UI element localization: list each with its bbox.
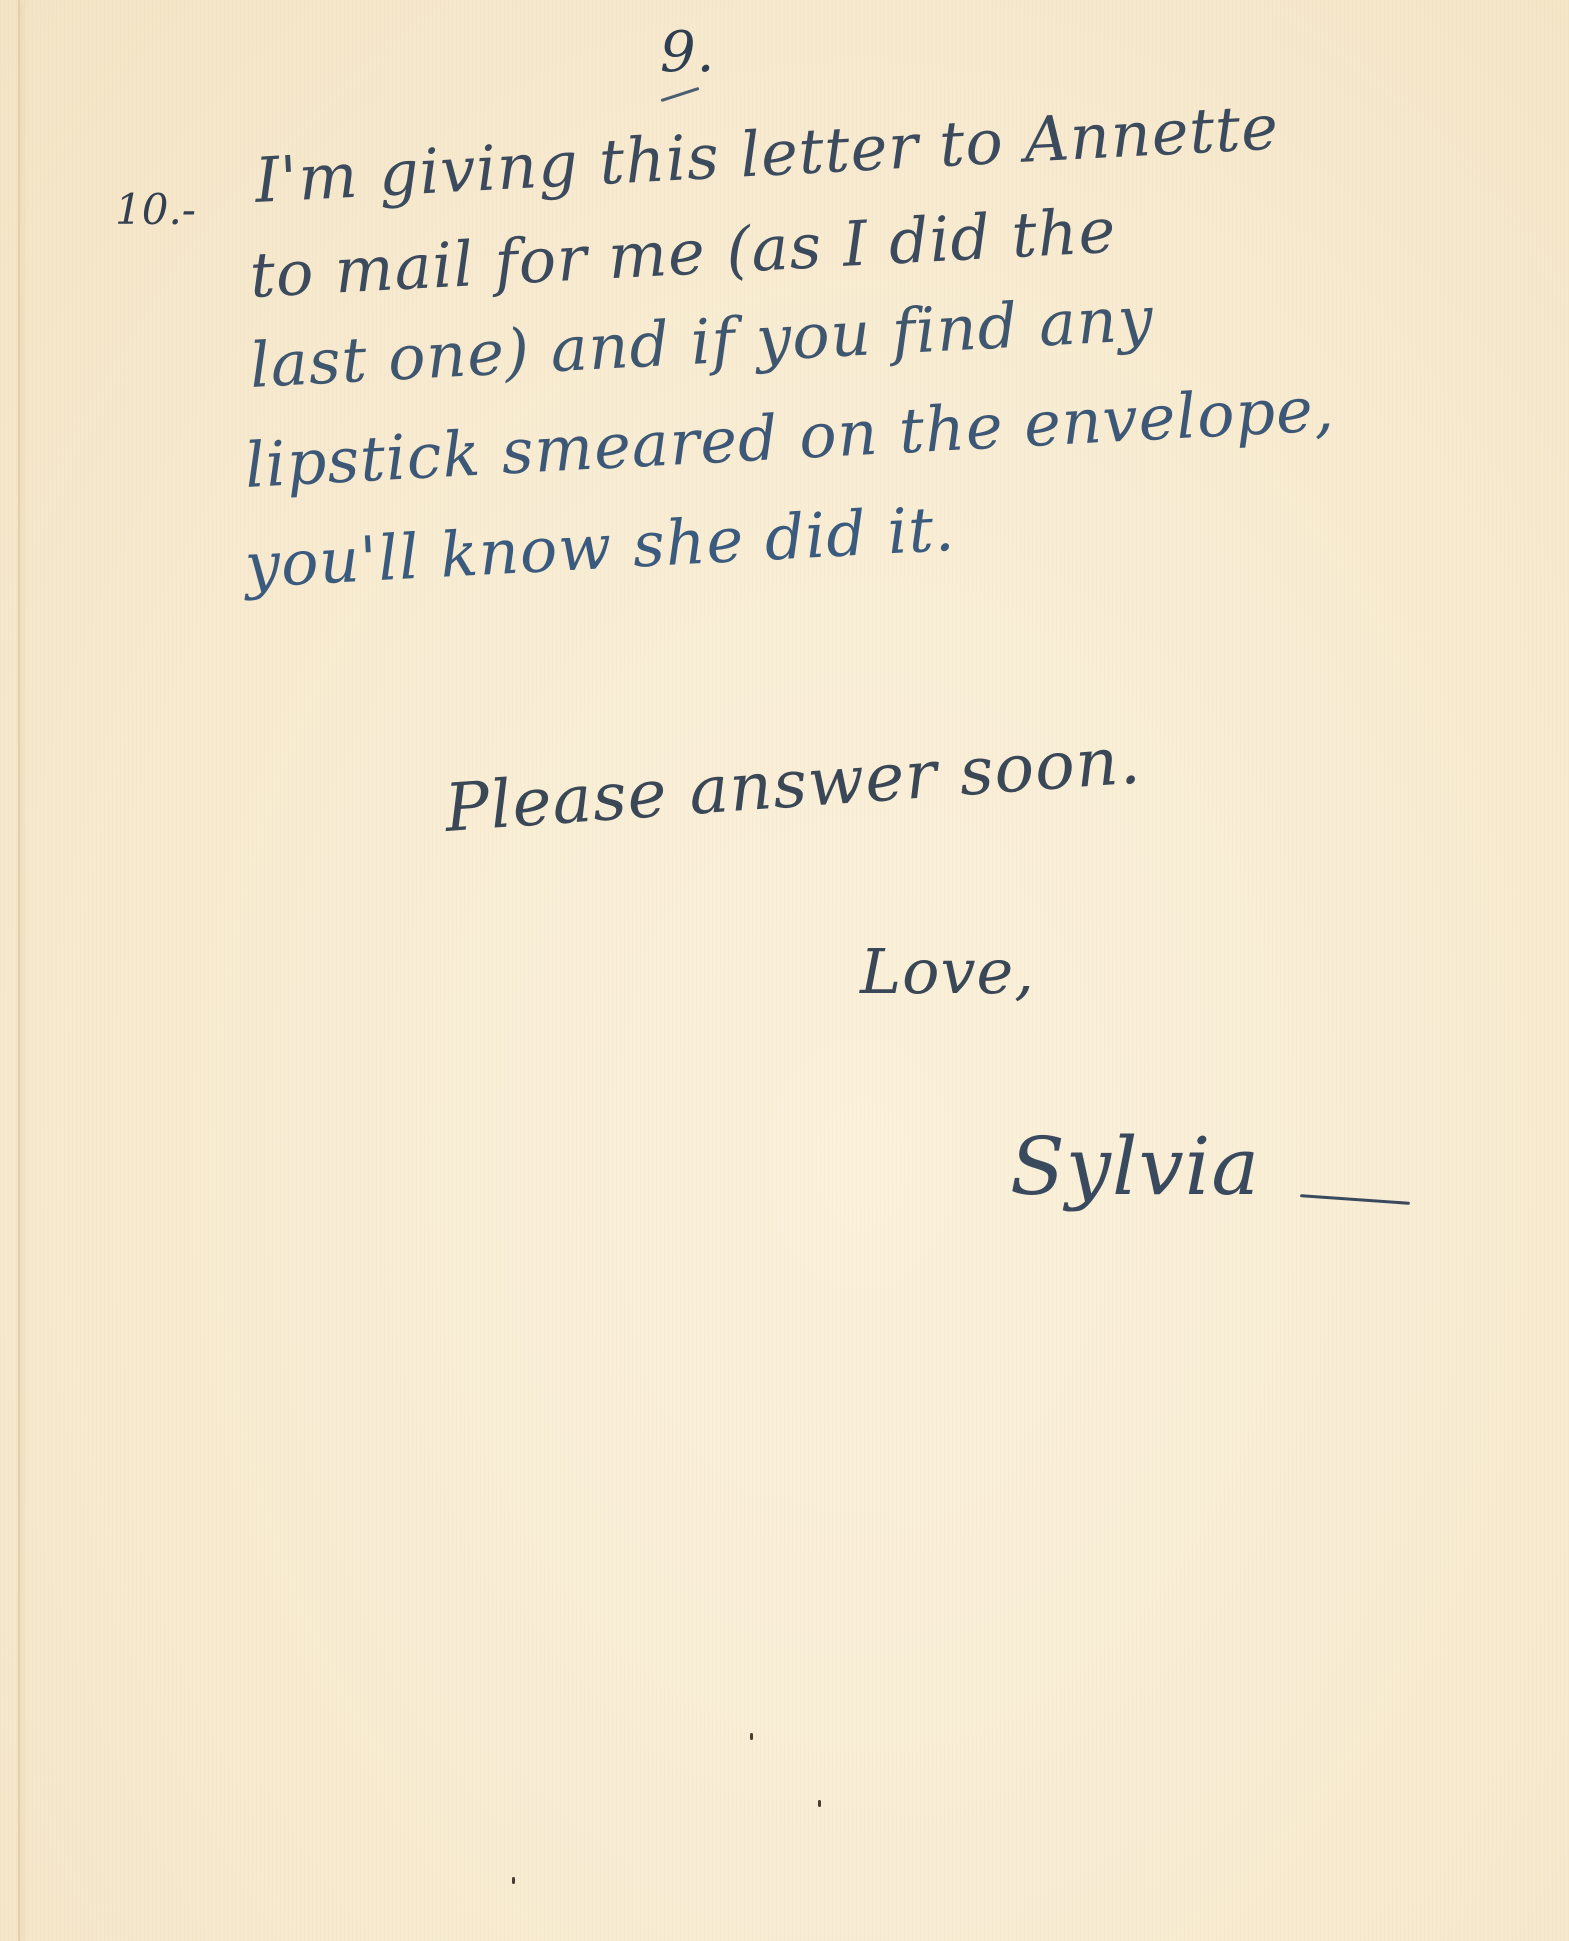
signature: Sylvia <box>1010 1120 1260 1213</box>
page-number: 9. <box>660 20 715 85</box>
item-number: 10.- <box>115 185 196 234</box>
valediction: Love, <box>860 935 1035 1008</box>
paper-speck <box>818 1800 821 1807</box>
closing-line: Please answer soon. <box>442 721 1143 846</box>
signature-flourish <box>1300 1194 1410 1205</box>
body-line-5: you'll know she did it. <box>243 498 956 597</box>
letter-page: 9. 10.- I'm giving this letter to Annett… <box>0 0 1569 1941</box>
page-number-underline <box>661 87 700 102</box>
paper-speck <box>512 1877 515 1884</box>
paper-speck <box>750 1733 753 1740</box>
body-line-1: I'm giving this letter to Annette <box>253 96 1280 212</box>
page-fold-line <box>18 0 20 1941</box>
body-line-4: lipstick smeared on the envelope, <box>243 378 1335 497</box>
